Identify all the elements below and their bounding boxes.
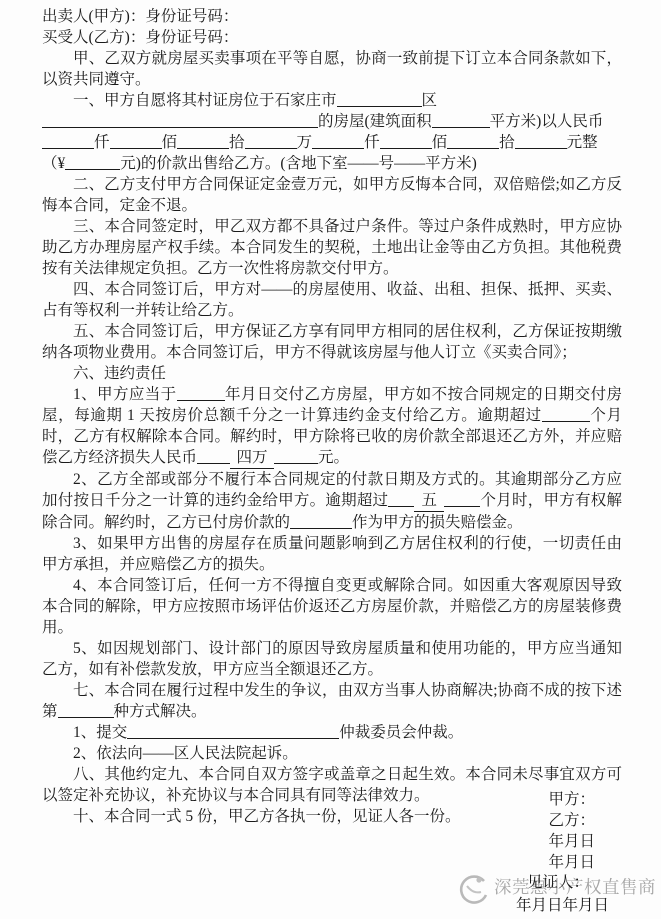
blank-field [274,449,318,464]
witness-dates: 年月日年月日 [516,895,609,916]
paragraph-text: 出卖人(甲方)：身份证号码： [42,8,238,25]
paragraph-text: 1、提交 [73,724,127,741]
contract-paragraph: 3、如果甲方出售的房屋存在质量问题影响到乙方居住权利的行使，一切责任由甲方承担，… [42,533,622,575]
blank-field [42,113,318,128]
paragraph-text: 元)的价款出售给乙方。(含地下室——号——平方米) [120,155,477,172]
blank-field [177,134,229,149]
blank-field [245,134,297,149]
paragraph-text: 5、如因规划部门、设计部门的原因导致房屋质量和使用功能的，甲方应当通知乙方，如有… [42,640,622,678]
contract-paragraph: 八、其他约定九、本合同自双方签字或盖章之日起生效。本合同未尽事宜双方可以签定补充… [42,764,622,806]
blank-field [290,514,352,529]
blank-field [542,407,590,422]
paragraph-text: 元整 [567,134,598,151]
blank-field [127,724,339,739]
contract-paragraph: 仟佰拾万仟佰拾元整 [42,132,622,153]
signature-line: 乙方： [548,810,595,831]
blank-field [432,113,490,128]
blank-field [65,155,120,170]
paragraph-text: 佰 [162,134,178,151]
paragraph-text: 一、甲方自愿将其村证房位于石家庄市 [73,92,337,109]
paragraph-text: 种方式解决。 [114,703,207,720]
blank-field [312,134,364,149]
paragraph-text: 万 [297,134,313,151]
paragraph-text: 四、本合同签订后，甲方对——的房屋使用、收益、出租、担保、抵押、买卖、占有等权利… [42,281,622,319]
contract-paragraph: 2、乙方全部或部分不履行本合同规定的付款日期及方式的。其逾期部分乙方应加付按日千… [42,469,622,533]
paragraph-text: 六、违约责任 [73,365,166,382]
paragraph-text: 五、本合同签订后，甲方保证乙方享有同甲方相同的居住权利，乙方保证按期缴纳各项物业… [42,323,622,361]
contract-paragraph: 六、违约责任 [42,363,622,384]
paragraph-text: 元。 [318,449,349,466]
paragraph-text: 区 [422,92,438,109]
contract-paragraph: 五、本合同签订后，甲方保证乙方享有同甲方相同的居住权利，乙方保证按期缴纳各项物业… [42,321,622,363]
blank-field [388,492,414,507]
filled-blank-field: 五 [414,490,444,512]
contract-paragraph: 2、依法向——区人民法院起诉。 [42,743,622,764]
signature-block: 甲方：乙方：年月日年月日 [548,789,595,873]
paragraph-text: 作为甲方的损失赔偿金。 [352,514,523,531]
paragraph-text: 十、本合同一式 5 份，甲乙方各执一份，见证人各一份。 [73,808,461,825]
paragraph-text: 1、甲方应当于 [73,386,177,403]
paragraph-text: 的房屋(建筑面积 [318,113,432,130]
contract-paragraph: 1、提交仲裁委员会仲裁。 [42,722,622,743]
paragraph-text: （¥ [42,155,65,172]
signature-line: 年月日 [548,852,595,873]
contract-paragraph: 十、本合同一式 5 份，甲乙方各执一份，见证人各一份。 [42,806,622,827]
paragraph-text: 平方米)以人民币 [490,113,604,130]
contract-paragraph: 的房屋(建筑面积平方米)以人民币 [42,111,622,132]
blank-field [177,386,225,401]
blank-field [444,492,480,507]
signature-line: 甲方： [548,789,595,810]
contract-paragraph: 二、乙方支付甲方合同保证定金壹万元，如甲方反悔本合同，双倍赔偿;如乙方反悔本合同… [42,174,622,216]
blank-field [380,134,432,149]
paragraph-text: 拾 [499,134,515,151]
paragraph-text: 3、如果甲方出售的房屋存在质量问题影响到乙方居住权利的行使，一切责任由甲方承担，… [42,535,622,573]
contract-paragraph: 甲、乙双方就房屋买卖事项在平等自愿，协商一致前提下订立本合同条款如下，以资共同遵… [42,48,622,90]
contract-paragraph: 1、甲方应当于年月日交付乙方房屋，甲方如不按合同规定的日期交付房屋，每逾期 1 … [42,384,622,469]
watermark-text: 深莞惠小产权直售商 [494,877,656,898]
blank-field [447,134,499,149]
paragraph-text: 4、本合同签订后，任何一方不得擅自变更或解除合同。如因重大客观原因导致本合同的解… [42,577,622,636]
paragraph-text: 三、本合同签定时，甲乙双方都不具备过户条件。等过户条件成熟时，甲方应协助乙方办理… [42,218,622,277]
contract-paragraph: （¥元)的价款出售给乙方。(含地下室——号——平方米) [42,153,622,174]
paragraph-text: 2、依法向——区人民法院起诉。 [73,745,298,762]
contract-page: 出卖人(甲方)：身份证号码：买受人(乙方)：身份证号码：甲、乙双方就房屋买卖事项… [0,0,661,919]
contract-paragraph: 4、本合同签订后，任何一方不得擅自变更或解除合同。如因重大客观原因导致本合同的解… [42,575,622,638]
blank-field [515,134,567,149]
paragraph-text: 佰 [432,134,448,151]
paragraph-text: 仟 [94,134,110,151]
paragraph-text: 仲裁委员会仲裁。 [339,724,463,741]
signature-line: 年月日 [548,831,595,852]
paragraph-text: 八、其他约定九、本合同自双方签字或盖章之日起生效。本合同未尽事宜双方可以签定补充… [42,766,622,804]
blank-field [42,134,94,149]
paragraph-text: 二、乙方支付甲方合同保证定金壹万元，如甲方反悔本合同，双倍赔偿;如乙方反悔本合同… [42,176,622,214]
watermark-logo-icon [455,872,491,908]
contract-body: 出卖人(甲方)：身份证号码：买受人(乙方)：身份证号码：甲、乙双方就房屋买卖事项… [42,6,622,827]
blank-field [197,449,230,464]
blank-field [110,134,162,149]
paragraph-text: 买受人(乙方)：身份证号码： [42,29,238,46]
contract-paragraph: 三、本合同签定时，甲乙双方都不具备过户条件。等过户条件成熟时，甲方应协助乙方办理… [42,216,622,279]
witness-label: 见证人： [527,872,589,893]
contract-paragraph: 七、本合同在履行过程中发生的争议，由双方当事人协商解决;协商不成的按下述第种方式… [42,680,622,722]
contract-paragraph: 四、本合同签订后，甲方对——的房屋使用、收益、出租、担保、抵押、买卖、占有等权利… [42,279,622,321]
contract-paragraph: 一、甲方自愿将其村证房位于石家庄市区 [42,90,622,111]
paragraph-text: 拾 [229,134,245,151]
blank-field [337,92,422,107]
contract-paragraph: 5、如因规划部门、设计部门的原因导致房屋质量和使用功能的，甲方应当通知乙方，如有… [42,638,622,680]
filled-blank-field: 四万 [230,447,274,469]
contract-paragraph: 出卖人(甲方)：身份证号码： [42,6,622,27]
paragraph-text: 甲、乙双方就房屋买卖事项在平等自愿，协商一致前提下订立本合同条款如下，以资共同遵… [42,50,622,88]
blank-field [58,703,114,718]
paragraph-text: 仟 [364,134,380,151]
contract-paragraph: 买受人(乙方)：身份证号码： [42,27,622,48]
